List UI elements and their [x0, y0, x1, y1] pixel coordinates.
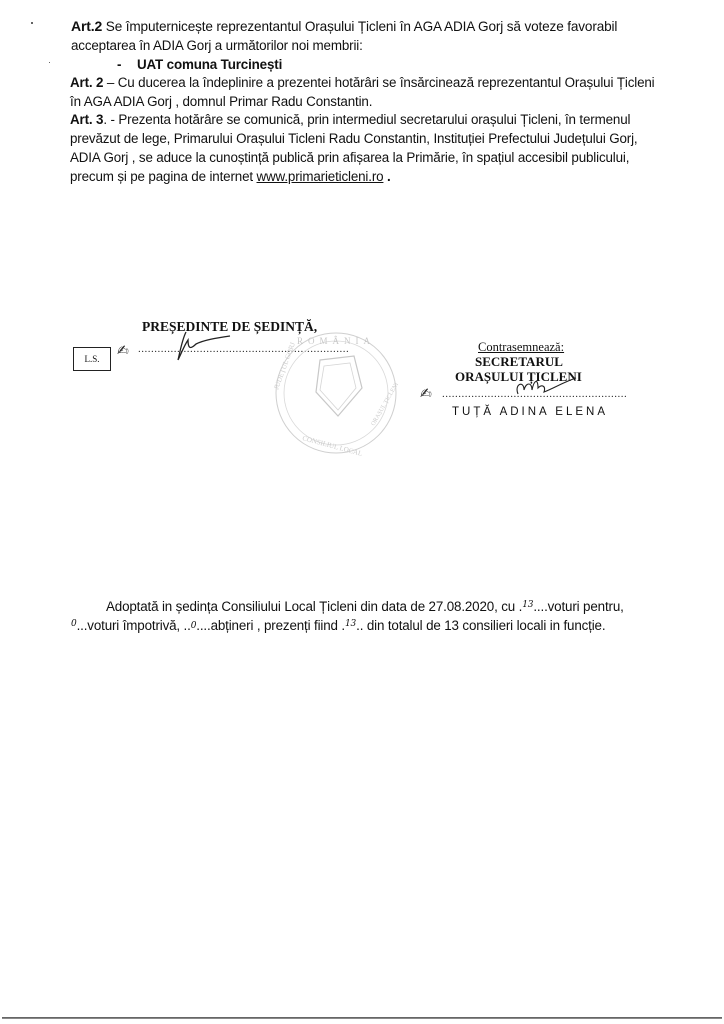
council-stamp: ROMÂNIA JUDEȚUL GORJ CONSILIUL LOCAL ORA… — [262, 330, 410, 456]
article-text: precum și pe pagina de internet — [70, 169, 257, 184]
article-text: prevăzut de lege, Primarului Orașului Ti… — [70, 131, 637, 146]
article-text: . — [383, 169, 390, 184]
article-text: – Cu ducerea la îndeplinire a prezentei … — [103, 75, 654, 90]
article-text: în AGA ADIA Gorj , domnul Primar Radu Co… — [70, 94, 372, 109]
adoption-text: ...voturi împotrivă, .. — [77, 618, 191, 633]
scan-speck — [49, 62, 50, 63]
adoption-text: .. din totalul de 13 consilieri locali i… — [356, 618, 605, 633]
adoption-text: ....abțineri , prezenți fiind . — [196, 618, 345, 633]
president-signature — [168, 326, 238, 366]
secretary-name: TUȚĂ ADINA ELENA — [452, 403, 608, 421]
adoption-text: ....voturi pentru, — [533, 599, 623, 614]
footer-rule — [2, 1017, 722, 1019]
website-link[interactable]: www.primarieticleni.ro — [257, 169, 384, 184]
article-text: . - Prezenta hotărâre se comunică, prin … — [103, 112, 630, 127]
article-label: Art. 3 — [70, 112, 103, 127]
bullet-dash: - — [117, 57, 121, 72]
scan-speck — [31, 22, 33, 24]
secretary-signature — [510, 370, 580, 404]
article-label: Art.2 — [71, 18, 102, 34]
present-count-value: 13 — [345, 619, 356, 629]
abstentions-value: 0 — [191, 621, 197, 631]
article-text: ADIA Gorj , se aduce la cunoștință publi… — [70, 150, 629, 165]
stamp-top-text: ROMÂNIA — [297, 336, 375, 346]
seal-placeholder: L.S. — [73, 347, 111, 371]
pen-icon: ✍ — [117, 343, 129, 359]
adoption-text: Adoptată in ședința Consiliului Local Ți… — [106, 599, 522, 614]
stamp-right-text: ORAȘUL ȚICLENI — [371, 382, 401, 427]
article-text: acceptarea în ADIA Gorj a următorilor no… — [71, 38, 363, 53]
article-label: Art. 2 — [70, 75, 103, 90]
votes-against-value: 0 — [71, 619, 77, 629]
pen-icon: ✍ — [420, 386, 432, 402]
votes-for-value: 13 — [522, 600, 533, 610]
article-text: Se împuternicește reprezentantul Orașulu… — [102, 19, 617, 34]
document-page: Art.2 Se împuternicește reprezentantul O… — [0, 0, 724, 1024]
member-name: UAT comuna Turcinești — [137, 57, 282, 72]
